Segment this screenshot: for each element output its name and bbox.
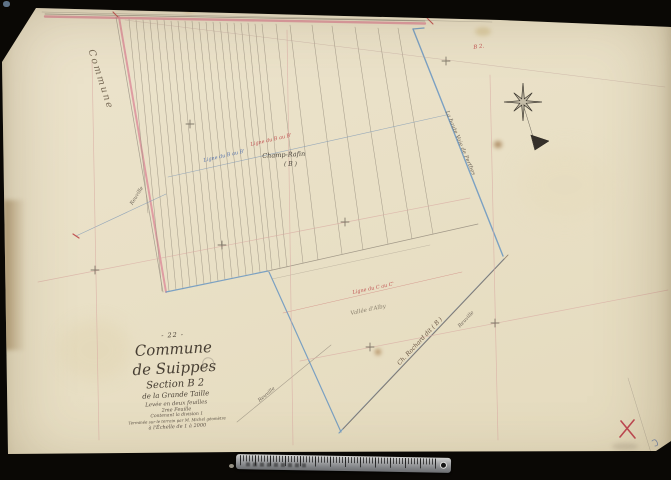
map-sheet: de Souain Commune Champ-Rafin ( B ) Lign… [0,0,671,480]
mounting-pin [3,1,10,7]
ruler-markings [246,462,306,467]
map-scan: de Souain Commune Champ-Rafin ( B ) Lign… [0,0,671,480]
ruler-hang-hole [440,462,447,469]
photographic-ruler [236,454,451,473]
paper-stain [183,3,195,12]
paper-vignette [0,0,671,480]
dust-speck [229,464,234,468]
top-road-prefix-label: de [202,1,213,11]
top-road-destination-label: Souain [332,1,389,16]
